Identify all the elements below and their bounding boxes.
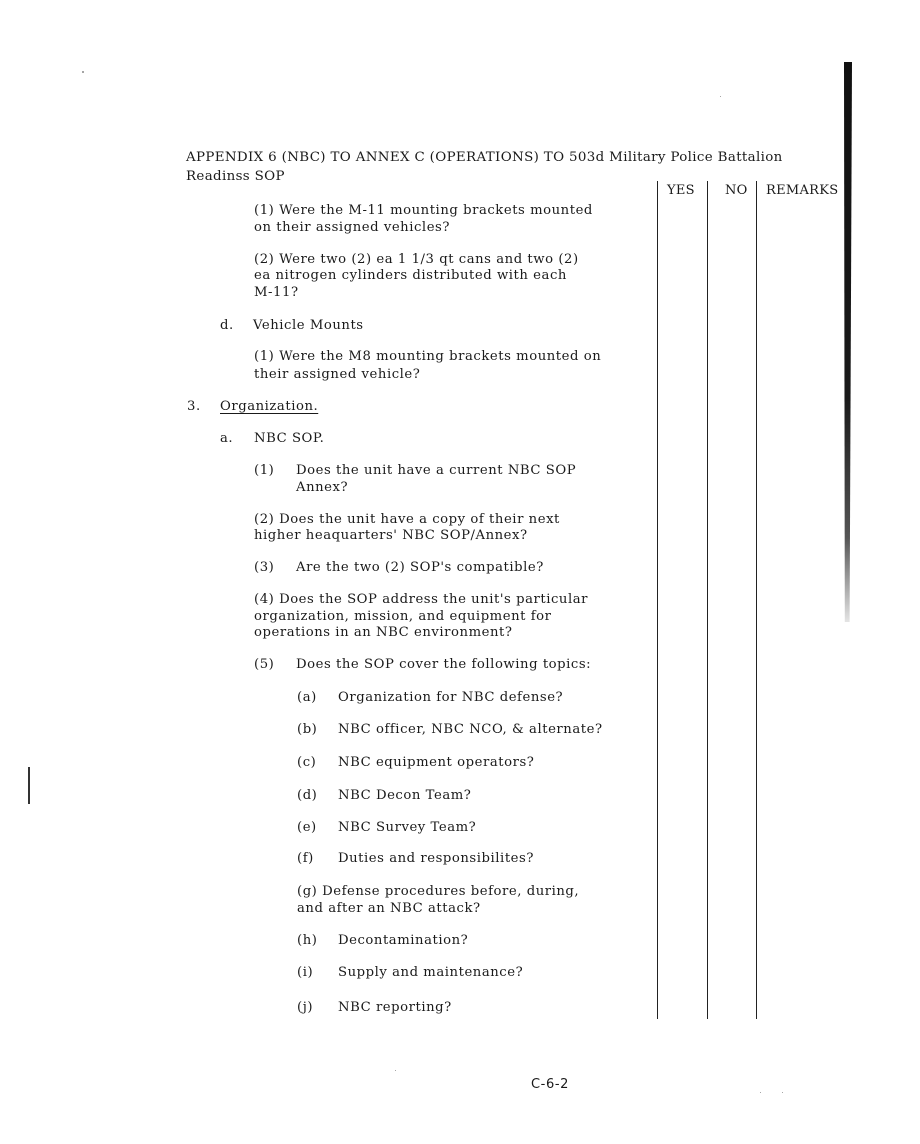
topic-j-text: NBC reporting?: [338, 999, 452, 1016]
item-a2-line1: (2) Does the unit have a copy of their n…: [254, 511, 560, 528]
topic-c-text: NBC equipment operators?: [338, 754, 534, 771]
item-a3-label: (3): [254, 559, 274, 576]
column-divider-no-left: [707, 181, 708, 1019]
topic-a-text: Organization for NBC defense?: [338, 689, 563, 706]
item-c1-line2: on their assigned vehicles?: [254, 219, 450, 236]
section-d-title: Vehicle Mounts: [253, 317, 364, 334]
topic-b-label: (b): [297, 721, 317, 738]
topic-g-line1: (g) Defense procedures before, during,: [297, 883, 579, 900]
topic-i-text: Supply and maintenance?: [338, 964, 523, 981]
column-divider-yes-left: [657, 181, 658, 1019]
appendix-title: APPENDIX 6 (NBC) TO ANNEX C (OPERATIONS)…: [186, 150, 783, 165]
scan-speck: [395, 1070, 396, 1071]
column-header-remarks: REMARKS: [766, 183, 838, 198]
item-a1-line2: Annex?: [296, 479, 348, 496]
column-header-yes: YES: [667, 183, 695, 198]
topic-j-label: (j): [297, 999, 313, 1016]
section-a-title: NBC SOP.: [254, 430, 324, 447]
scan-binding-edge: [844, 62, 852, 622]
item-c2-line1: (2) Were two (2) ea 1 1/3 qt cans and tw…: [254, 251, 579, 268]
column-header-no: NO: [725, 183, 748, 198]
item-a1-line1: Does the unit have a current NBC SOP: [296, 462, 576, 479]
item-a4-line3: operations in an NBC environment?: [254, 624, 513, 641]
appendix-subtitle: Readinss SOP: [186, 169, 285, 184]
item-a3-text: Are the two (2) SOP's compatible?: [296, 559, 544, 576]
item-d1-line2: their assigned vehicle?: [254, 366, 420, 383]
topic-d-label: (d): [297, 787, 317, 804]
topic-f-text: Duties and responsibilites?: [338, 850, 534, 867]
topic-e-label: (e): [297, 819, 317, 836]
item-a2-line2: higher heaquarters' NBC SOP/Annex?: [254, 527, 528, 544]
scan-speck: [82, 71, 84, 73]
item-c2-line2: ea nitrogen cylinders distributed with e…: [254, 267, 567, 284]
section-a-label: a.: [220, 430, 233, 447]
topic-i-label: (i): [297, 964, 313, 981]
section-3-label: 3.: [187, 398, 201, 415]
item-c1-line1: (1) Were the M-11 mounting brackets moun…: [254, 202, 593, 219]
topic-f-label: (f): [297, 850, 314, 867]
page-number: C-6-2: [531, 1077, 569, 1092]
item-a1-label: (1): [254, 462, 274, 479]
section-3-title: Organization.: [220, 398, 318, 415]
topic-b-text: NBC officer, NBC NCO, & alternate?: [338, 721, 603, 738]
topic-e-text: NBC Survey Team?: [338, 819, 476, 836]
item-a4-line1: (4) Does the SOP address the unit's part…: [254, 591, 588, 608]
scan-speck: [720, 96, 721, 97]
topic-g-line2: and after an NBC attack?: [297, 900, 481, 917]
scan-speck: [760, 1092, 761, 1093]
document-page: APPENDIX 6 (NBC) TO ANNEX C (OPERATIONS)…: [0, 0, 920, 1144]
scan-margin-mark: [28, 767, 30, 804]
item-a4-line2: organization, mission, and equipment for: [254, 608, 552, 625]
column-divider-remarks-left: [756, 181, 757, 1019]
topic-h-text: Decontamination?: [338, 932, 468, 949]
item-a5-label: (5): [254, 656, 274, 673]
topic-c-label: (c): [297, 754, 316, 771]
scan-speck: [782, 1092, 783, 1093]
item-c2-line3: M-11?: [254, 284, 299, 301]
item-d1-line1: (1) Were the M8 mounting brackets mounte…: [254, 348, 601, 365]
item-a5-text: Does the SOP cover the following topics:: [296, 656, 591, 673]
topic-h-label: (h): [297, 932, 317, 949]
section-d-label: d.: [220, 317, 234, 334]
topic-d-text: NBC Decon Team?: [338, 787, 471, 804]
topic-a-label: (a): [297, 689, 317, 706]
